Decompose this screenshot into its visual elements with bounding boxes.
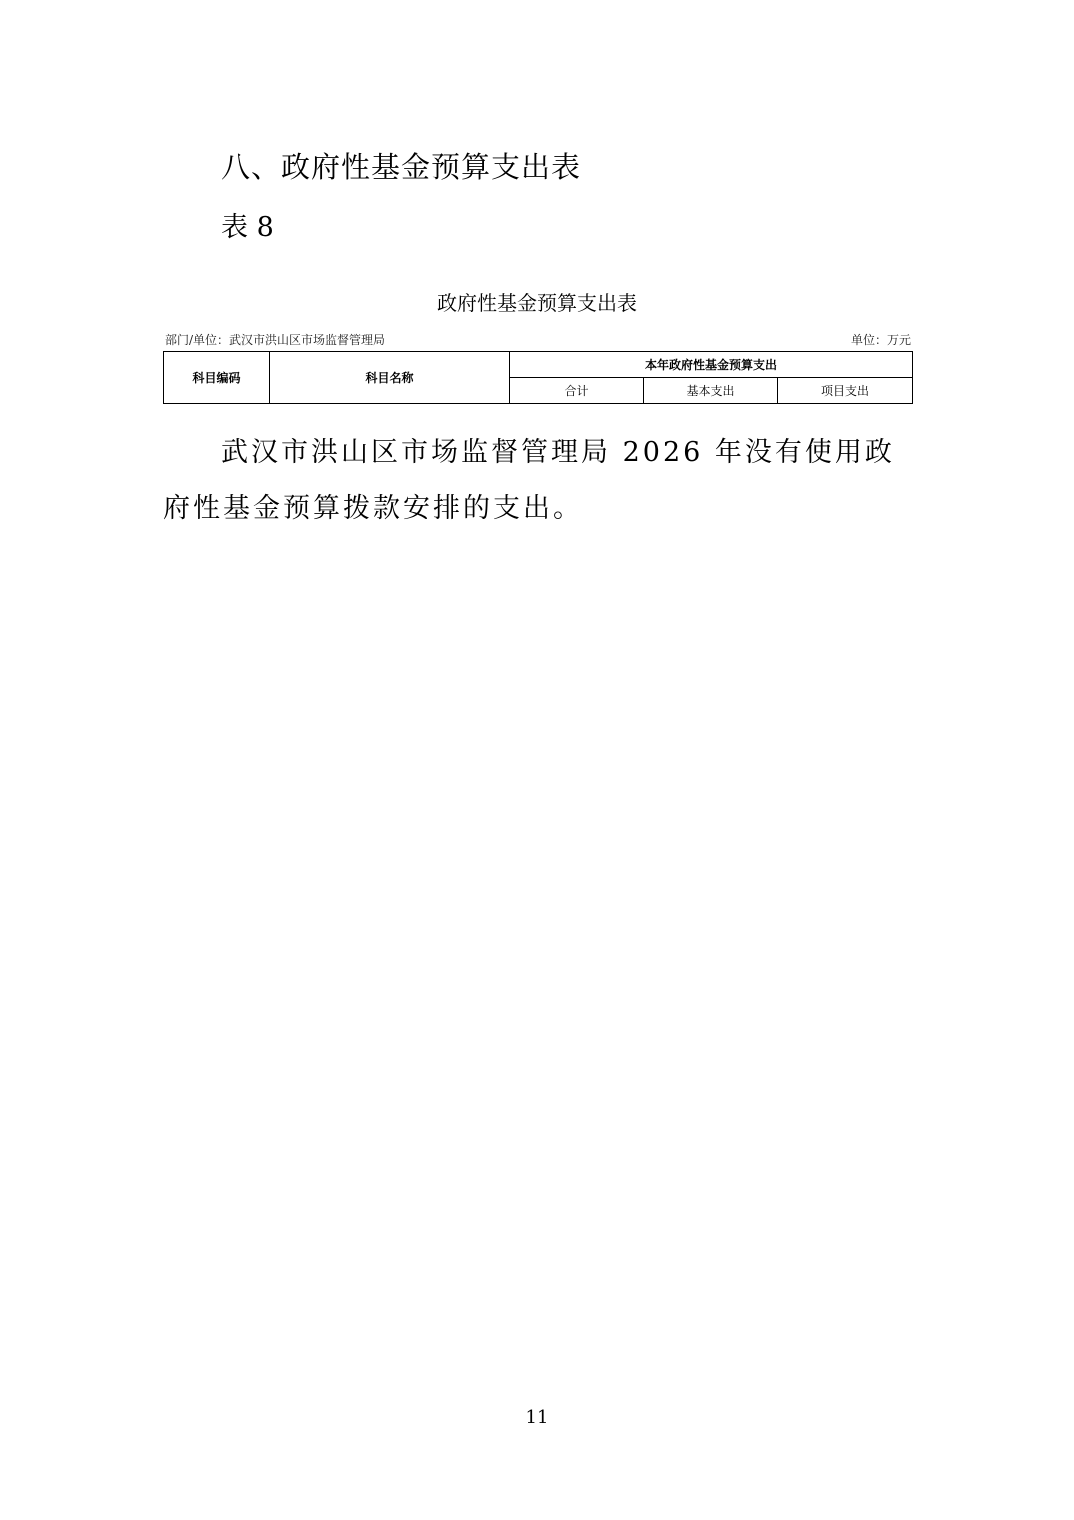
table-label: 表 8 (221, 208, 274, 248)
table-header-row: 科目编码 科目名称 本年政府性基金预算支出 (164, 352, 913, 378)
body-paragraph: 武汉市洪山区市场监督管理局 2026 年没有使用政府性基金预算拨款安排的支出。 (163, 425, 913, 537)
department-label: 部门/单位：武汉市洪山区市场监督管理局 (165, 331, 385, 349)
header-total: 合计 (510, 378, 644, 404)
budget-table: 科目编码 科目名称 本年政府性基金预算支出 合计 基本支出 项目支出 (163, 351, 913, 404)
header-group: 本年政府性基金预算支出 (510, 352, 913, 378)
header-project: 项目支出 (778, 378, 913, 404)
header-basic: 基本支出 (644, 378, 778, 404)
unit-label: 单位：万元 (851, 331, 911, 349)
header-name: 科目名称 (270, 352, 510, 404)
section-heading: 八、政府性基金预算支出表 (221, 146, 581, 188)
page-number: 11 (0, 1405, 1074, 1431)
table-title: 政府性基金预算支出表 (163, 288, 911, 318)
header-code: 科目编码 (164, 352, 270, 404)
